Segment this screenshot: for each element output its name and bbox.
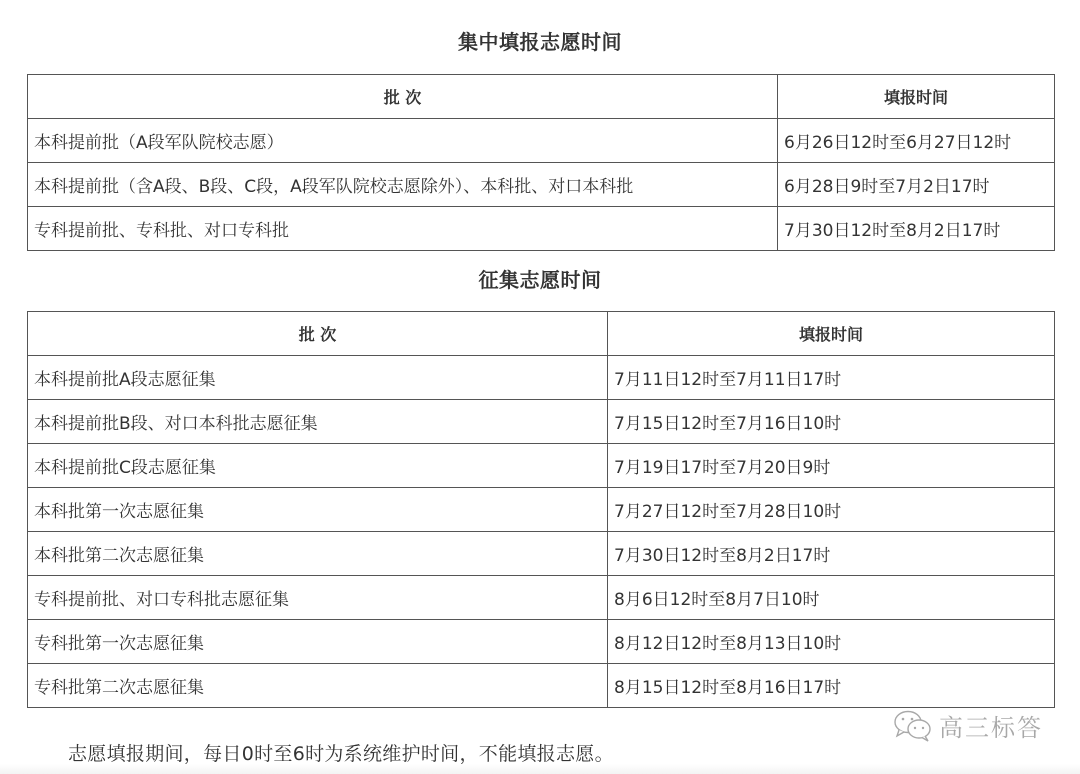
batch-cell: 专科提前批、专科批、对口专科批 — [28, 207, 778, 251]
batch-cell: 本科提前批A段志愿征集 — [28, 356, 608, 400]
time-cell: 6月26日12时至6月27日12时 — [778, 119, 1055, 163]
time-cell: 8月15日12时至8月16日17时 — [608, 664, 1055, 708]
watermark: 高三标答 — [893, 708, 1043, 743]
header-batch: 批 次 — [28, 75, 778, 119]
batch-cell: 专科批第一次志愿征集 — [28, 620, 608, 664]
batch-cell: 本科批第二次志愿征集 — [28, 532, 608, 576]
time-cell: 7月11日12时至7月11日17时 — [608, 356, 1055, 400]
table-row: 专科提前批、专科批、对口专科批 7月30日12时至8月2日17时 — [28, 207, 1055, 251]
table-row: 本科提前批（A段军队院校志愿） 6月26日12时至6月27日12时 — [28, 119, 1055, 163]
batch-cell: 本科提前批（含A段、B段、C段，A段军队院校志愿除外）、本科批、对口本科批 — [28, 163, 778, 207]
table-row: 本科提前批A段志愿征集 7月11日12时至7月11日17时 — [28, 356, 1055, 400]
centralized-schedule-table: 批 次 填报时间 本科提前批（A段军队院校志愿） 6月26日12时至6月27日1… — [27, 74, 1055, 251]
time-cell: 7月30日12时至8月2日17时 — [778, 207, 1055, 251]
table-row: 本科提前批B段、对口本科批志愿征集 7月15日12时至7月16日10时 — [28, 400, 1055, 444]
table-row: 专科批第一次志愿征集 8月12日12时至8月13日10时 — [28, 620, 1055, 664]
table-row: 专科批第二次志愿征集 8月15日12时至8月16日17时 — [28, 664, 1055, 708]
table-header-row: 批 次 填报时间 — [28, 75, 1055, 119]
table-row: 本科提前批（含A段、B段、C段，A段军队院校志愿除外）、本科批、对口本科批 6月… — [28, 163, 1055, 207]
batch-cell: 本科提前批C段志愿征集 — [28, 444, 608, 488]
time-cell: 7月19日17时至7月20日9时 — [608, 444, 1055, 488]
supplementary-schedule-table: 批 次 填报时间 本科提前批A段志愿征集 7月11日12时至7月11日17时 本… — [27, 311, 1055, 708]
batch-cell: 专科提前批、对口专科批志愿征集 — [28, 576, 608, 620]
header-batch: 批 次 — [28, 312, 608, 356]
wechat-icon — [893, 709, 933, 743]
time-cell: 8月12日12时至8月13日10时 — [608, 620, 1055, 664]
batch-cell: 本科提前批（A段军队院校志愿） — [28, 119, 778, 163]
table-row: 本科提前批C段志愿征集 7月19日17时至7月20日9时 — [28, 444, 1055, 488]
header-time: 填报时间 — [608, 312, 1055, 356]
batch-cell: 专科批第二次志愿征集 — [28, 664, 608, 708]
table-row: 本科批第二次志愿征集 7月30日12时至8月2日17时 — [28, 532, 1055, 576]
header-time: 填报时间 — [778, 75, 1055, 119]
time-cell: 6月28日9时至7月2日17时 — [778, 163, 1055, 207]
section-title-supplementary: 征集志愿时间 — [0, 264, 1080, 293]
time-cell: 7月27日12时至7月28日10时 — [608, 488, 1055, 532]
table-row: 专科提前批、对口专科批志愿征集 8月6日12时至8月7日10时 — [28, 576, 1055, 620]
time-cell: 7月15日12时至7月16日10时 — [608, 400, 1055, 444]
table-row: 本科批第一次志愿征集 7月27日12时至7月28日10时 — [28, 488, 1055, 532]
watermark-text: 高三标答 — [939, 708, 1043, 743]
bottom-fade — [0, 764, 1080, 774]
table-header-row: 批 次 填报时间 — [28, 312, 1055, 356]
section-title-centralized: 集中填报志愿时间 — [0, 26, 1080, 55]
time-cell: 7月30日12时至8月2日17时 — [608, 532, 1055, 576]
time-cell: 8月6日12时至8月7日10时 — [608, 576, 1055, 620]
batch-cell: 本科提前批B段、对口本科批志愿征集 — [28, 400, 608, 444]
batch-cell: 本科批第一次志愿征集 — [28, 488, 608, 532]
maintenance-note: 志愿填报期间，每日0时至6时为系统维护时间，不能填报志愿。 — [68, 739, 614, 766]
